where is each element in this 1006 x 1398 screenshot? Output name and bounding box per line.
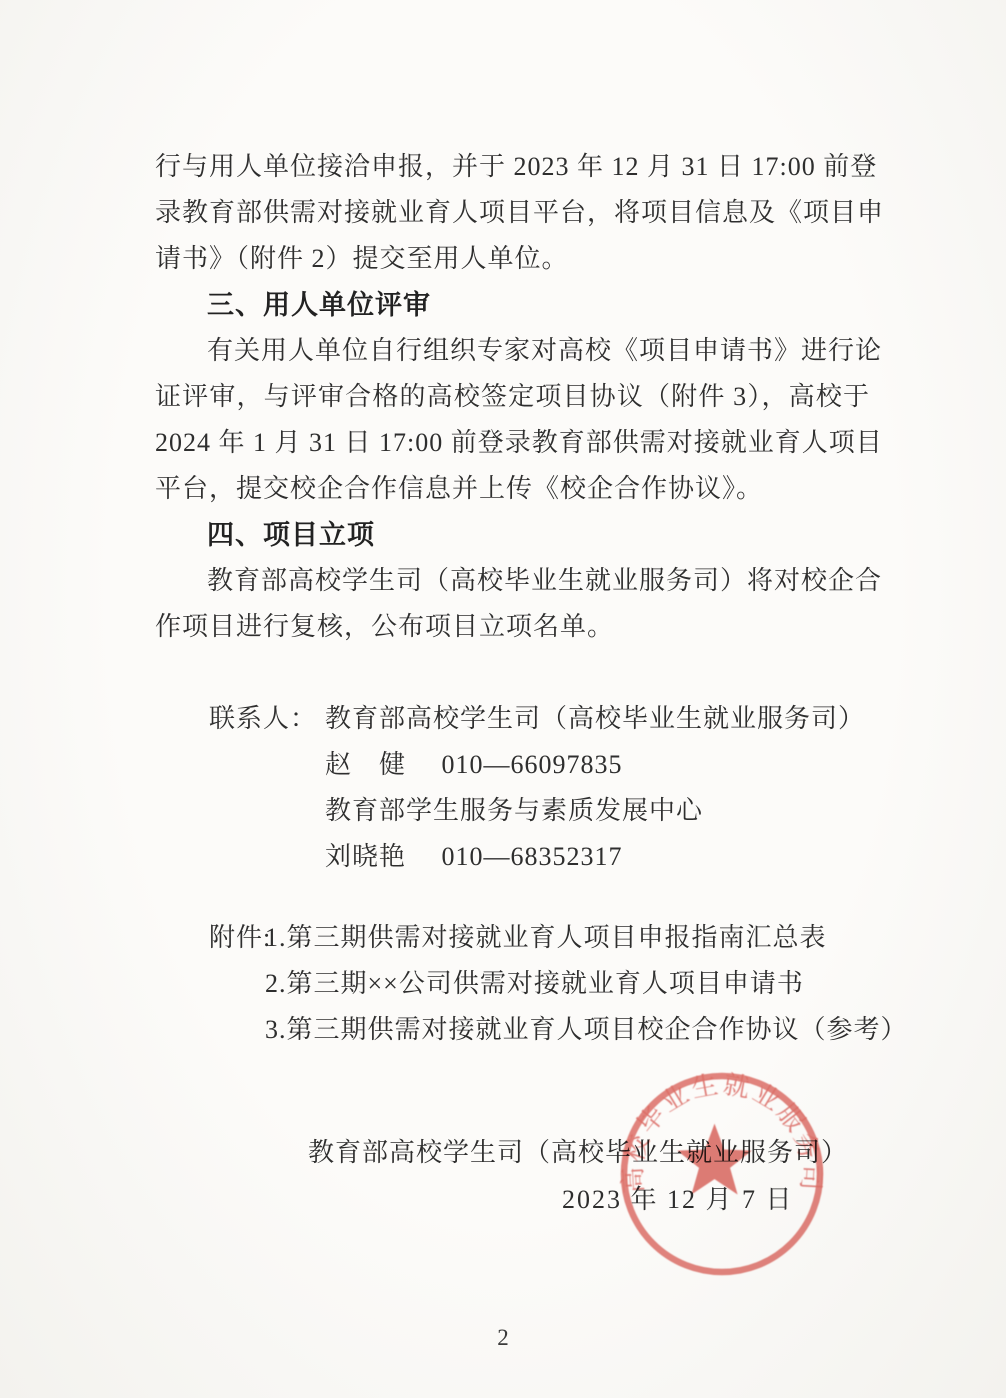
contact-row-3: 教育部学生服务与素质发展中心 (155, 788, 870, 834)
para2-line-4: 平台，提交校企合作信息并上传《校企合作协议》。 (155, 466, 870, 512)
attachment-row-1: 附件: 1.第三期供需对接就业育人项目申报指南汇总表 (155, 915, 870, 961)
para1-line-3: 请书》（附件 2）提交至用人单位。 (155, 236, 870, 282)
contact-person-1-name: 赵 健 (325, 750, 406, 779)
contact-row-4: 刘晓艳 010—68352317 (155, 834, 870, 880)
para2-line-2: 证评审，与评审合格的高校签定项目协议（附件 3），高校于 (155, 374, 870, 420)
signature-org: 教育部高校学生司（高校毕业生就业服务司） (308, 1130, 848, 1176)
attachment-item-1: 1.第三期供需对接就业育人项目申报指南汇总表 (265, 923, 827, 952)
contact-person-1-phone: 010—66097835 (442, 750, 623, 779)
section-heading-3: 三、用人单位评审 (155, 282, 870, 328)
attachment-item-2: 2.第三期××公司供需对接就业育人项目申请书 (265, 969, 804, 998)
para1-line-2: 录教育部供需对接就业育人项目平台，将项目信息及《项目申 (155, 190, 870, 236)
main-text-column: 行与用人单位接洽申报，并于 2023 年 12 月 31 日 17:00 前登 … (155, 144, 870, 1053)
contact-row-2: 赵 健 010—66097835 (155, 742, 870, 788)
contact-org-2: 教育部学生服务与素质发展中心 (325, 796, 703, 825)
contact-org-1: 教育部高校学生司（高校毕业生就业服务司） (325, 704, 865, 733)
attachments-label: 附件: (209, 915, 271, 961)
attachment-item-3: 3.第三期供需对接就业育人项目校企合作协议（参考） (265, 1015, 908, 1044)
page-number: 2 (0, 1322, 1006, 1354)
contact-row-1: 联系人： 教育部高校学生司（高校毕业生就业服务司） (155, 696, 870, 742)
para1-line-1: 行与用人单位接洽申报，并于 2023 年 12 月 31 日 17:00 前登 (155, 144, 870, 190)
para2-line-1: 有关用人单位自行组织专家对高校《项目申请书》进行论 (155, 328, 870, 374)
para3-line-2: 作项目进行复核，公布项目立项名单。 (155, 604, 870, 650)
signature-date: 2023 年 12 月 7 日 (562, 1177, 794, 1223)
para2-line-3: 2024 年 1 月 31 日 17:00 前登录教育部供需对接就业育人项目 (155, 420, 870, 466)
attachment-row-2: 2.第三期××公司供需对接就业育人项目申请书 (155, 961, 870, 1007)
contact-person-2-name: 刘晓艳 (325, 842, 406, 871)
blank-line (155, 880, 870, 915)
para3-line-1: 教育部高校学生司（高校毕业生就业服务司）将对校企合 (155, 558, 870, 604)
section-heading-4: 四、项目立项 (155, 512, 870, 558)
attachment-row-3: 3.第三期供需对接就业育人项目校企合作协议（参考） (155, 1007, 870, 1053)
blank-line (155, 650, 870, 696)
document-page: 行与用人单位接洽申报，并于 2023 年 12 月 31 日 17:00 前登 … (0, 0, 1006, 1398)
contact-label: 联系人： (209, 696, 317, 742)
contact-person-2-phone: 010—68352317 (442, 842, 623, 871)
